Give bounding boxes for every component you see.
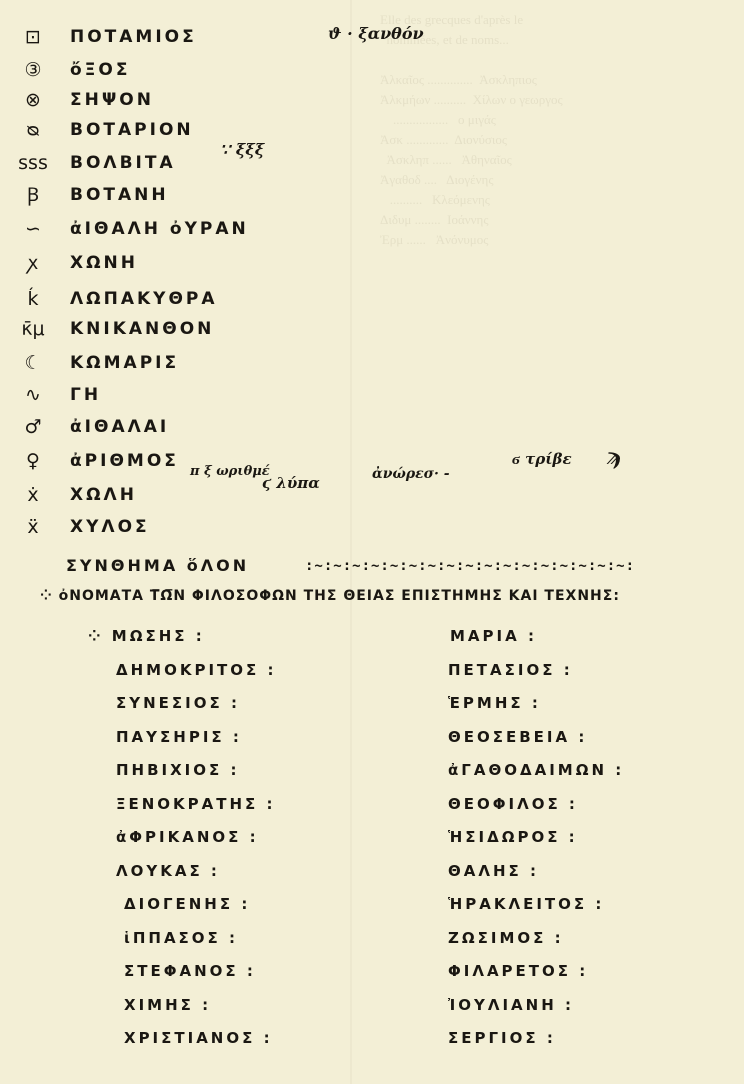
sign-row: ⊡ΠΟΤΑΜΙΟΣ xyxy=(18,22,197,52)
sign-row: ᴓΒΟΤΑΡΙΟΝ xyxy=(18,115,194,145)
philosopher-name: ἩΣΙΔΩΡΟΣ : xyxy=(448,821,624,855)
manuscript-page: Elle des grecques d'après le nommées, et… xyxy=(0,0,744,1084)
boxed-circle-sign-icon: ⊡ xyxy=(18,28,48,47)
sign-word: ἀΙΘΑΛΑΙ xyxy=(70,417,169,437)
philosopher-name: ⁘ ΜΩΣΗΣ : xyxy=(88,620,277,654)
sign-word: ΒΟΛΒΙΤΑ xyxy=(70,153,176,173)
philosopher-name: ΧΙΜΗΣ : xyxy=(124,989,277,1023)
annotation-xanthon: ϑ · ξανθόν xyxy=(328,24,424,43)
crossed-x-sign-icon: ꭗ xyxy=(18,254,48,273)
sign-word: ὄΞΟΣ xyxy=(70,60,131,80)
philosopher-name: ΦΙΛΑΡΕΤΟΣ : xyxy=(448,955,624,989)
sign-row: sssΒΟΛΒΙΤΑ xyxy=(18,148,176,178)
annotation-arithmos-1: π ξ ωριθμέ xyxy=(190,464,270,479)
sign-word: ΧΩΛΗ xyxy=(70,485,137,505)
philosopher-name: ΠΕΤΑΣΙΟΣ : xyxy=(448,654,624,688)
sign-row: ♂ἀΙΘΑΛΑΙ xyxy=(18,412,169,442)
venus-sign-icon: ♀ xyxy=(18,452,48,471)
annotation-arithmos-4: ϭ τρίβε xyxy=(512,450,572,469)
show-through-text: Elle des grecques d'après le nommées, et… xyxy=(380,10,563,250)
sign-word: ΒΟΤΑΝΗ xyxy=(70,185,169,205)
sign-row: ∽ἀΙΘΑΛΗ ὀΥΡΑΝ xyxy=(18,214,249,244)
wave-circle-sign-icon: ∽ xyxy=(18,220,48,239)
sign-word: ΧΩΝΗ xyxy=(70,253,138,273)
philosopher-name: ΘΕΟΦΙΛΟΣ : xyxy=(448,788,624,822)
philosopher-name: ἸΟΥΛΙΑΝΗ : xyxy=(448,989,624,1023)
kappa-circle-sign-icon: ḱ xyxy=(18,290,48,309)
sign-word: ΣΗΨΟΝ xyxy=(70,90,154,110)
philosopher-name: ΧΡΙΣΤΙΑΝΟΣ : xyxy=(124,1022,277,1056)
chi-circle-sign-icon: ẋ xyxy=(18,486,48,505)
sign-word: ἀΙΘΑΛΗ ὀΥΡΑΝ xyxy=(70,219,249,239)
philosopher-name: ΠΗΒΙΧΙΟΣ : xyxy=(116,754,277,788)
sign-row: ⊗ΣΗΨΟΝ xyxy=(18,85,154,115)
philosopher-name: ΠΑΥΣΗΡΙΣ : xyxy=(116,721,277,755)
philosopher-name: ΖΩΣΙΜΟΣ : xyxy=(448,922,624,956)
philosopher-name: ἀΦΡΙΚΑΝΟΣ : xyxy=(116,821,277,855)
synthema-heading: ΣΥΝΘΗΜΑ ὅΛΟΝ xyxy=(66,556,249,575)
names-column-right: ΜΑΡΙΑ :ΠΕΤΑΣΙΟΣ :ἙΡΜΗΣ :ΘΕΟΣΕΒΕΙΑ :ἀΓΑΘΟ… xyxy=(450,620,624,1056)
sign-row: ☾ΚΩΜΑΡΙΣ xyxy=(18,348,179,378)
sign-word: ΠΟΤΑΜΙΟΣ xyxy=(70,27,197,47)
sign-word: ΚΩΜΑΡΙΣ xyxy=(70,353,179,373)
sign-word: ΧΥΛΟΣ xyxy=(70,517,150,537)
philosopher-name: ἀΓΑΘΟΔΑΙΜΩΝ : xyxy=(448,754,624,788)
philosopher-name: ΜΑΡΙΑ : xyxy=(450,620,624,654)
sign-word: ΛΩΠΑΚΥΘΡΑ xyxy=(70,289,218,309)
sign-word: ΒΟΤΑΡΙΟΝ xyxy=(70,120,194,140)
sign-row: ẋΧΩΛΗ xyxy=(18,480,137,510)
philosopher-name: ἩΡΑΚΛΕΙΤΟΣ : xyxy=(448,888,624,922)
annotation-arithmos-3: ἀνώρεσ· - xyxy=(372,466,450,482)
crescent-star-sign-icon: ☾ xyxy=(18,354,48,373)
sign-row: ḱΛΩΠΑΚΥΘΡΑ xyxy=(18,284,218,314)
chi-sign-icon: ẍ xyxy=(18,518,48,537)
decorative-tilde-border: :~:~:~:~:~:~:~:~:~:~:~:~:~:~:~:~:~: xyxy=(305,558,635,574)
sign-row: ③ὄΞΟΣ xyxy=(18,55,131,85)
philosopher-name: ΣΕΡΓΙΟΣ : xyxy=(448,1022,624,1056)
hooded-circle-sign-icon: ᴓ xyxy=(18,121,48,140)
sign-word: ΓΗ xyxy=(70,385,101,405)
annotation-arithmos-2: ϛ λύπα xyxy=(262,474,320,492)
sign-row: ∿ΓΗ xyxy=(18,380,101,410)
wave-sign-icon: ∿ xyxy=(18,386,48,405)
philosopher-name: ΞΕΝΟΚΡΑΤΗΣ : xyxy=(116,788,277,822)
sign-row: ꞴΒΟΤΑΝΗ xyxy=(18,180,169,210)
circled-three-sign-icon: ③ xyxy=(18,61,48,80)
philosopher-name: ΣΥΝΕΣΙΟΣ : xyxy=(116,687,277,721)
sign-row: ♀ἀΡΙΘΜΟΣ xyxy=(18,446,179,476)
sign-row: ẍΧΥΛΟΣ xyxy=(18,512,150,542)
kmi-sign-icon: κ̄μ xyxy=(18,320,48,339)
philosophers-heading: ⁘ ὀΝΟΜΑΤΑ Τ̅Ω̅Ν ΦΙΛΟΣΟΦΩΝ ΤΗΣ ΘΕΙΑΣ ΕΠΙΣ… xyxy=(40,588,620,604)
philosopher-name: ΔΗΜΟΚΡΙΤΟΣ : xyxy=(116,654,277,688)
circled-cross-sign-icon: ⊗ xyxy=(18,91,48,110)
sign-row: ꭗΧΩΝΗ xyxy=(18,248,138,278)
sign-row: κ̄μΚΝΙΚΑΝΘΟΝ xyxy=(18,314,214,344)
beta-sign-icon: Ꞵ xyxy=(18,186,48,205)
philosopher-name: ἱΠΠΑΣΟΣ : xyxy=(124,922,277,956)
philosopher-name: ΣΤΕΦΑΝΟΣ : xyxy=(124,955,277,989)
philosopher-name: ΘΕΟΣΕΒΕΙΑ : xyxy=(448,721,624,755)
philosopher-name: ΘΑΛΗΣ : xyxy=(448,855,624,889)
names-column-left: ⁘ ΜΩΣΗΣ :ΔΗΜΟΚΡΙΤΟΣ :ΣΥΝΕΣΙΟΣ :ΠΑΥΣΗΡΙΣ … xyxy=(88,620,277,1056)
philosopher-name: ἙΡΜΗΣ : xyxy=(448,687,624,721)
sign-word: ἀΡΙΘΜΟΣ xyxy=(70,451,179,471)
double-loop-sign-icon: ♂ xyxy=(18,418,48,437)
philosopher-name: ΛΟΥΚΑΣ : xyxy=(116,855,277,889)
triple-s-sign-icon: sss xyxy=(18,154,48,173)
annotation-bolbita: ∵ ξξξ xyxy=(220,140,264,159)
philosopher-name: ΔΙΟΓΕΝΗΣ : xyxy=(124,888,277,922)
annotation-arithmos-5: ϡ xyxy=(606,444,621,470)
sign-word: ΚΝΙΚΑΝΘΟΝ xyxy=(70,319,214,339)
